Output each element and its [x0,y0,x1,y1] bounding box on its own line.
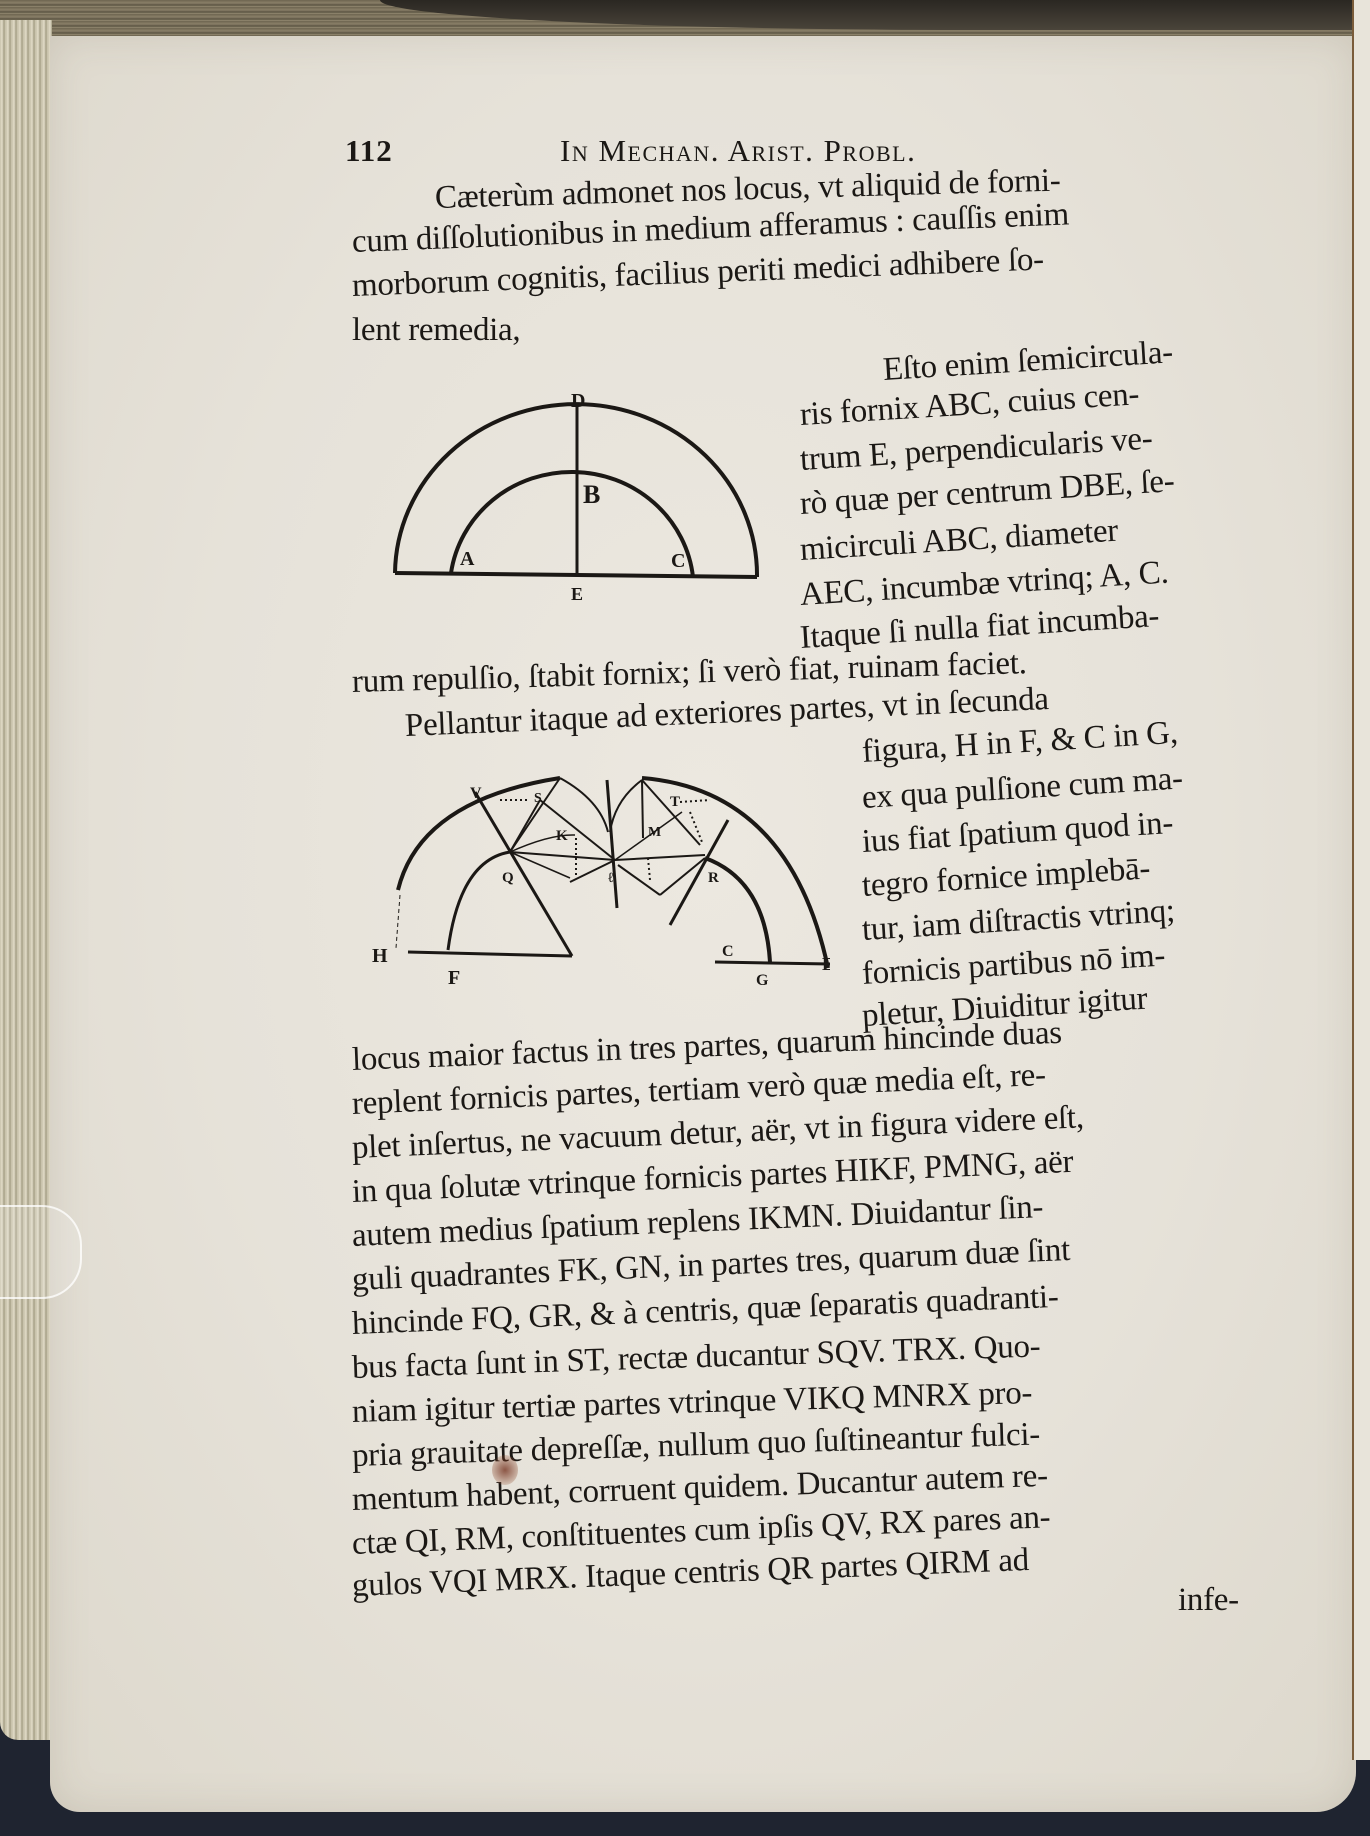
page-stack-edge [0,20,52,1740]
ink-stain [492,1455,518,1485]
label-e: E [571,584,583,604]
arch-diagram: D B A C E [385,385,765,605]
page-clip-icon [0,1205,82,1299]
displaced-arch-diagram: V S K Q ℓ T M R H F C G E [360,770,830,990]
label-c: C [722,943,734,960]
page-number: 112 [345,133,393,169]
label-t: T [670,794,680,810]
label-s: S [534,791,542,806]
label-c: C [671,550,685,572]
label-k: K [556,828,568,844]
label-q: Q [502,870,514,886]
label-m: M [648,825,661,840]
label-f: F [448,967,460,989]
figure-semicircular-arch: D B A C E [385,385,765,605]
text-line: infe- [1178,1580,1239,1620]
label-v: V [470,785,482,802]
text-line: lent remedia, [352,310,520,350]
label-g: G [756,972,769,989]
facing-page-edge [1352,0,1370,1760]
label-center: ℓ [607,871,614,886]
label-b: B [583,480,600,509]
label-h: H [372,945,388,967]
figure-displaced-arch: V S K Q ℓ T M R H F C G E [360,770,830,990]
label-a: A [460,548,475,570]
label-d: D [571,390,585,412]
label-e: E [822,954,830,974]
label-r: R [708,870,719,886]
running-head: In Mechan. Arist. Probl. [560,133,916,169]
